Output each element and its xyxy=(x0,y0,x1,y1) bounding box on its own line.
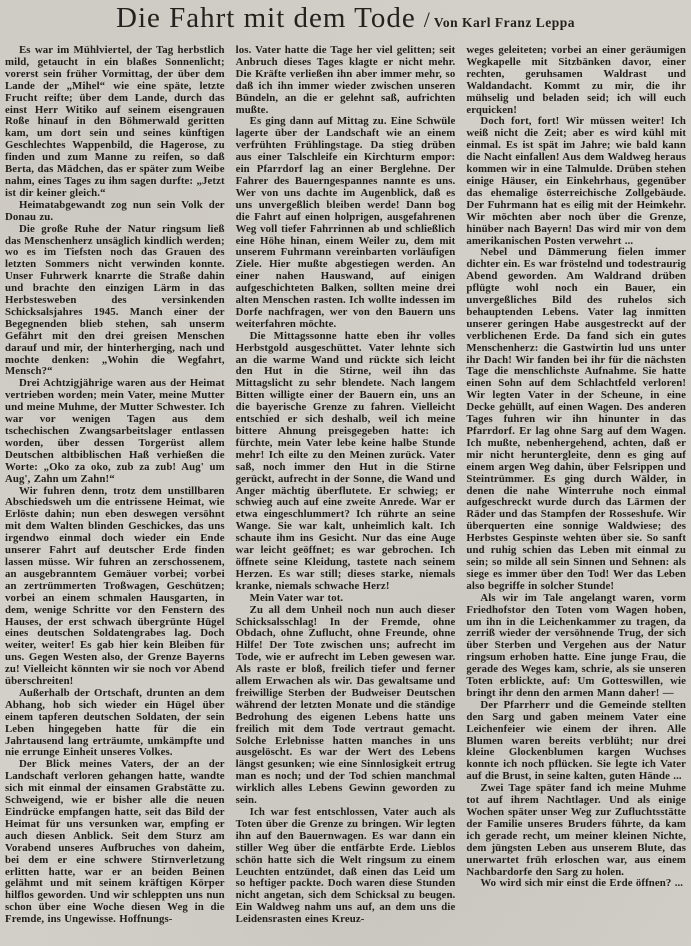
paragraph: los. Vater hatte die Tage her viel gelit… xyxy=(236,45,456,116)
paragraph: Nebel und Dämmerung fielen immer dichter… xyxy=(466,247,686,592)
paragraph: Heimatabgewandt zog nun sein Volk der Do… xyxy=(5,200,225,224)
paragraph: Außerhalb der Ortschaft, drunten an dem … xyxy=(5,688,225,759)
paragraph: Es ging dann auf Mittag zu. Eine Schwüle… xyxy=(236,116,456,330)
paragraph: Der Pfarrherr und die Gemeinde stellten … xyxy=(466,700,686,783)
paragraph: Drei Achtzigjährige waren aus der Heimat… xyxy=(5,378,225,485)
text-column-1: Es war im Mühlviertel, der Tag herbstlic… xyxy=(5,45,225,926)
article-header: Die Fahrt mit dem Tode/Von Karl Franz Le… xyxy=(5,2,686,42)
paragraph: Als wir im Tale angelangt waren, vorm Fr… xyxy=(466,593,686,700)
paragraph: Der Blick meines Vaters, der an der Land… xyxy=(5,759,225,926)
article-title: Die Fahrt mit dem Tode xyxy=(116,2,416,34)
paragraph: weges geleiteten; vorbei an einer geräum… xyxy=(466,45,686,116)
paragraph: Mein Vater war tot. xyxy=(236,593,456,605)
paragraph: Es war im Mühlviertel, der Tag herbstlic… xyxy=(5,45,225,200)
paragraph: Zu all dem Unheil noch nun auch dieser S… xyxy=(236,605,456,807)
paragraph: Ich war fest entschlossen, Vater auch al… xyxy=(236,807,456,926)
title-separator: / xyxy=(424,7,430,32)
text-column-2: los. Vater hatte die Tage her viel gelit… xyxy=(236,45,456,926)
paragraph: Wir fuhren denn, trotz dem unstillbaren … xyxy=(5,486,225,688)
scanned-article-page: Die Fahrt mit dem Tode/Von Karl Franz Le… xyxy=(0,0,691,946)
paragraph: Doch fort, fort! Wir müssen weiter! Ich … xyxy=(466,116,686,247)
paragraph: Zwei Tage später fand ich meine Muhme to… xyxy=(466,783,686,878)
paragraph: Die große Ruhe der Natur ringsum ließ da… xyxy=(5,224,225,379)
text-column-3: weges geleiteten; vorbei an einer geräum… xyxy=(466,45,686,890)
article-byline: Von Karl Franz Leppa xyxy=(434,15,575,30)
paragraph: Wo wird sich mir einst die Erde öffnen? … xyxy=(466,878,686,890)
paragraph: Die Mittagssonne hatte eben ihr volles H… xyxy=(236,331,456,593)
article-body: Es war im Mühlviertel, der Tag herbstlic… xyxy=(5,45,686,926)
